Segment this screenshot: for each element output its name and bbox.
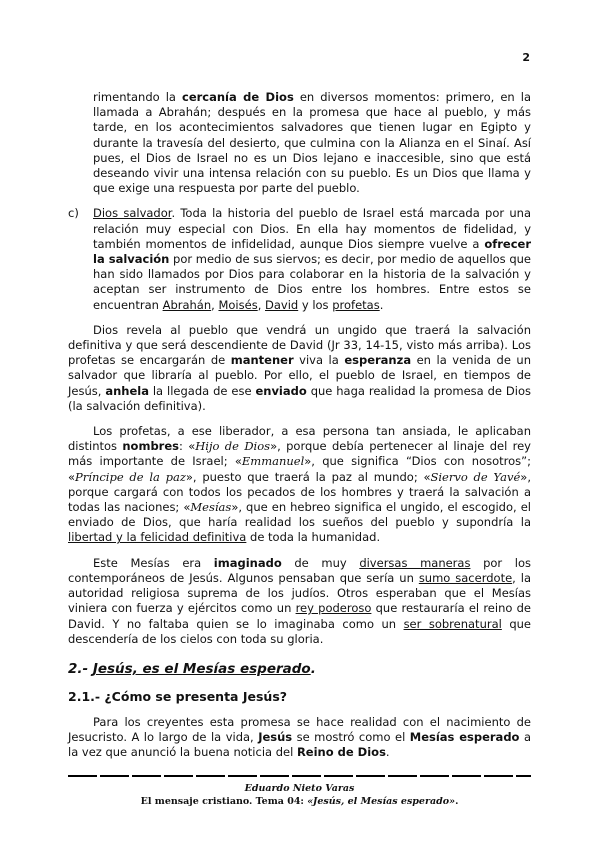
text-run: viva la: [294, 353, 345, 367]
text-run: : «: [179, 439, 195, 453]
text-run: ,: [258, 298, 265, 312]
text-run: ser sobrenatural: [404, 617, 502, 631]
text-run: diversas maneras: [359, 556, 470, 570]
text-run: enviado: [255, 384, 306, 398]
text-run: nombres: [122, 439, 179, 453]
text-run: en diversos momentos: primero, en la lla…: [93, 90, 531, 195]
text-run: mantener: [231, 353, 294, 367]
text-run: imaginado: [214, 556, 282, 570]
section-heading: 2.- Jesús, es el Mesías esperado.: [68, 661, 531, 678]
text-run: Moisés: [218, 298, 257, 312]
text-run: Jesús, es el Mesías esperado: [93, 661, 311, 677]
text-run: 2.-: [68, 661, 93, 677]
text-run: anhela: [105, 384, 149, 398]
text-run: .: [455, 796, 458, 807]
text-run: libertad y la felicidad definitiva: [68, 530, 246, 544]
paragraph: Para los creyentes esta promesa se hace …: [68, 715, 531, 761]
document-page: 2 rimentando la cercanía de Dios en dive…: [0, 0, 602, 848]
footer: Eduardo Nieto Varas El mensaje cristiano…: [68, 772, 531, 808]
text-run: Mesías esperado: [410, 730, 520, 744]
text-run: Jesús: [258, 730, 292, 744]
text-run: Dios salvador: [93, 206, 171, 220]
text-run: », puesto que traerá la paz al mundo; «: [186, 470, 431, 484]
text-run: Este Mesías era: [93, 556, 214, 570]
text-run: de toda la humanidad.: [246, 530, 380, 544]
paragraph: Los profetas, a ese liberador, a esa per…: [68, 424, 531, 546]
text-run: y los: [298, 298, 332, 312]
paragraph: Dios revela al pueblo que vendrá un ungi…: [68, 323, 531, 414]
text-run: cercanía de Dios: [182, 90, 294, 104]
paragraph: rimentando la cercanía de Dios en divers…: [93, 90, 531, 196]
page-number: 2: [522, 50, 530, 65]
text-run: David: [265, 298, 298, 312]
text-run: Hijo de Dios: [195, 439, 270, 453]
text-run: rimentando la: [93, 90, 182, 104]
text-run: Emmanuel: [242, 454, 304, 468]
paragraph: Este Mesías era imaginado de muy diversa…: [68, 556, 531, 647]
text-run: Mesías: [190, 500, 231, 514]
text-run: Abrahán: [163, 298, 212, 312]
page-content: rimentando la cercanía de Dios en divers…: [68, 90, 531, 771]
text-run: El mensaje cristiano. Tema 04:: [141, 796, 308, 807]
text-run: rey poderoso: [296, 601, 372, 615]
footer-rule: [68, 775, 531, 777]
footer-author: Eduardo Nieto Varas: [68, 782, 531, 795]
list-marker: c): [68, 206, 93, 221]
text-run: de muy: [282, 556, 360, 570]
text-run: .: [311, 661, 316, 677]
text-run: sumo sacerdote: [419, 571, 512, 585]
text-run: esperanza: [344, 353, 411, 367]
text-run: Príncipe de la paz: [75, 470, 186, 484]
text-run: profetas: [332, 298, 379, 312]
list-item: c)Dios salvador. Toda la historia del pu…: [68, 206, 531, 312]
text-run: se mostró como el: [292, 730, 410, 744]
text-run: la llegada de ese: [149, 384, 256, 398]
footer-title-line: El mensaje cristiano. Tema 04: «Jesús, e…: [68, 795, 531, 808]
subsection-heading: 2.1.- ¿Cómo se presenta Jesús?: [68, 689, 531, 704]
text-run: Reino de Dios: [297, 745, 386, 759]
text-run: .: [380, 298, 384, 312]
text-run: Siervo de Yavé: [430, 470, 520, 484]
text-run: «Jesús, el Mesías esperado»: [307, 796, 455, 807]
text-run: .: [386, 745, 390, 759]
text-blocks: rimentando la cercanía de Dios en divers…: [68, 90, 531, 761]
